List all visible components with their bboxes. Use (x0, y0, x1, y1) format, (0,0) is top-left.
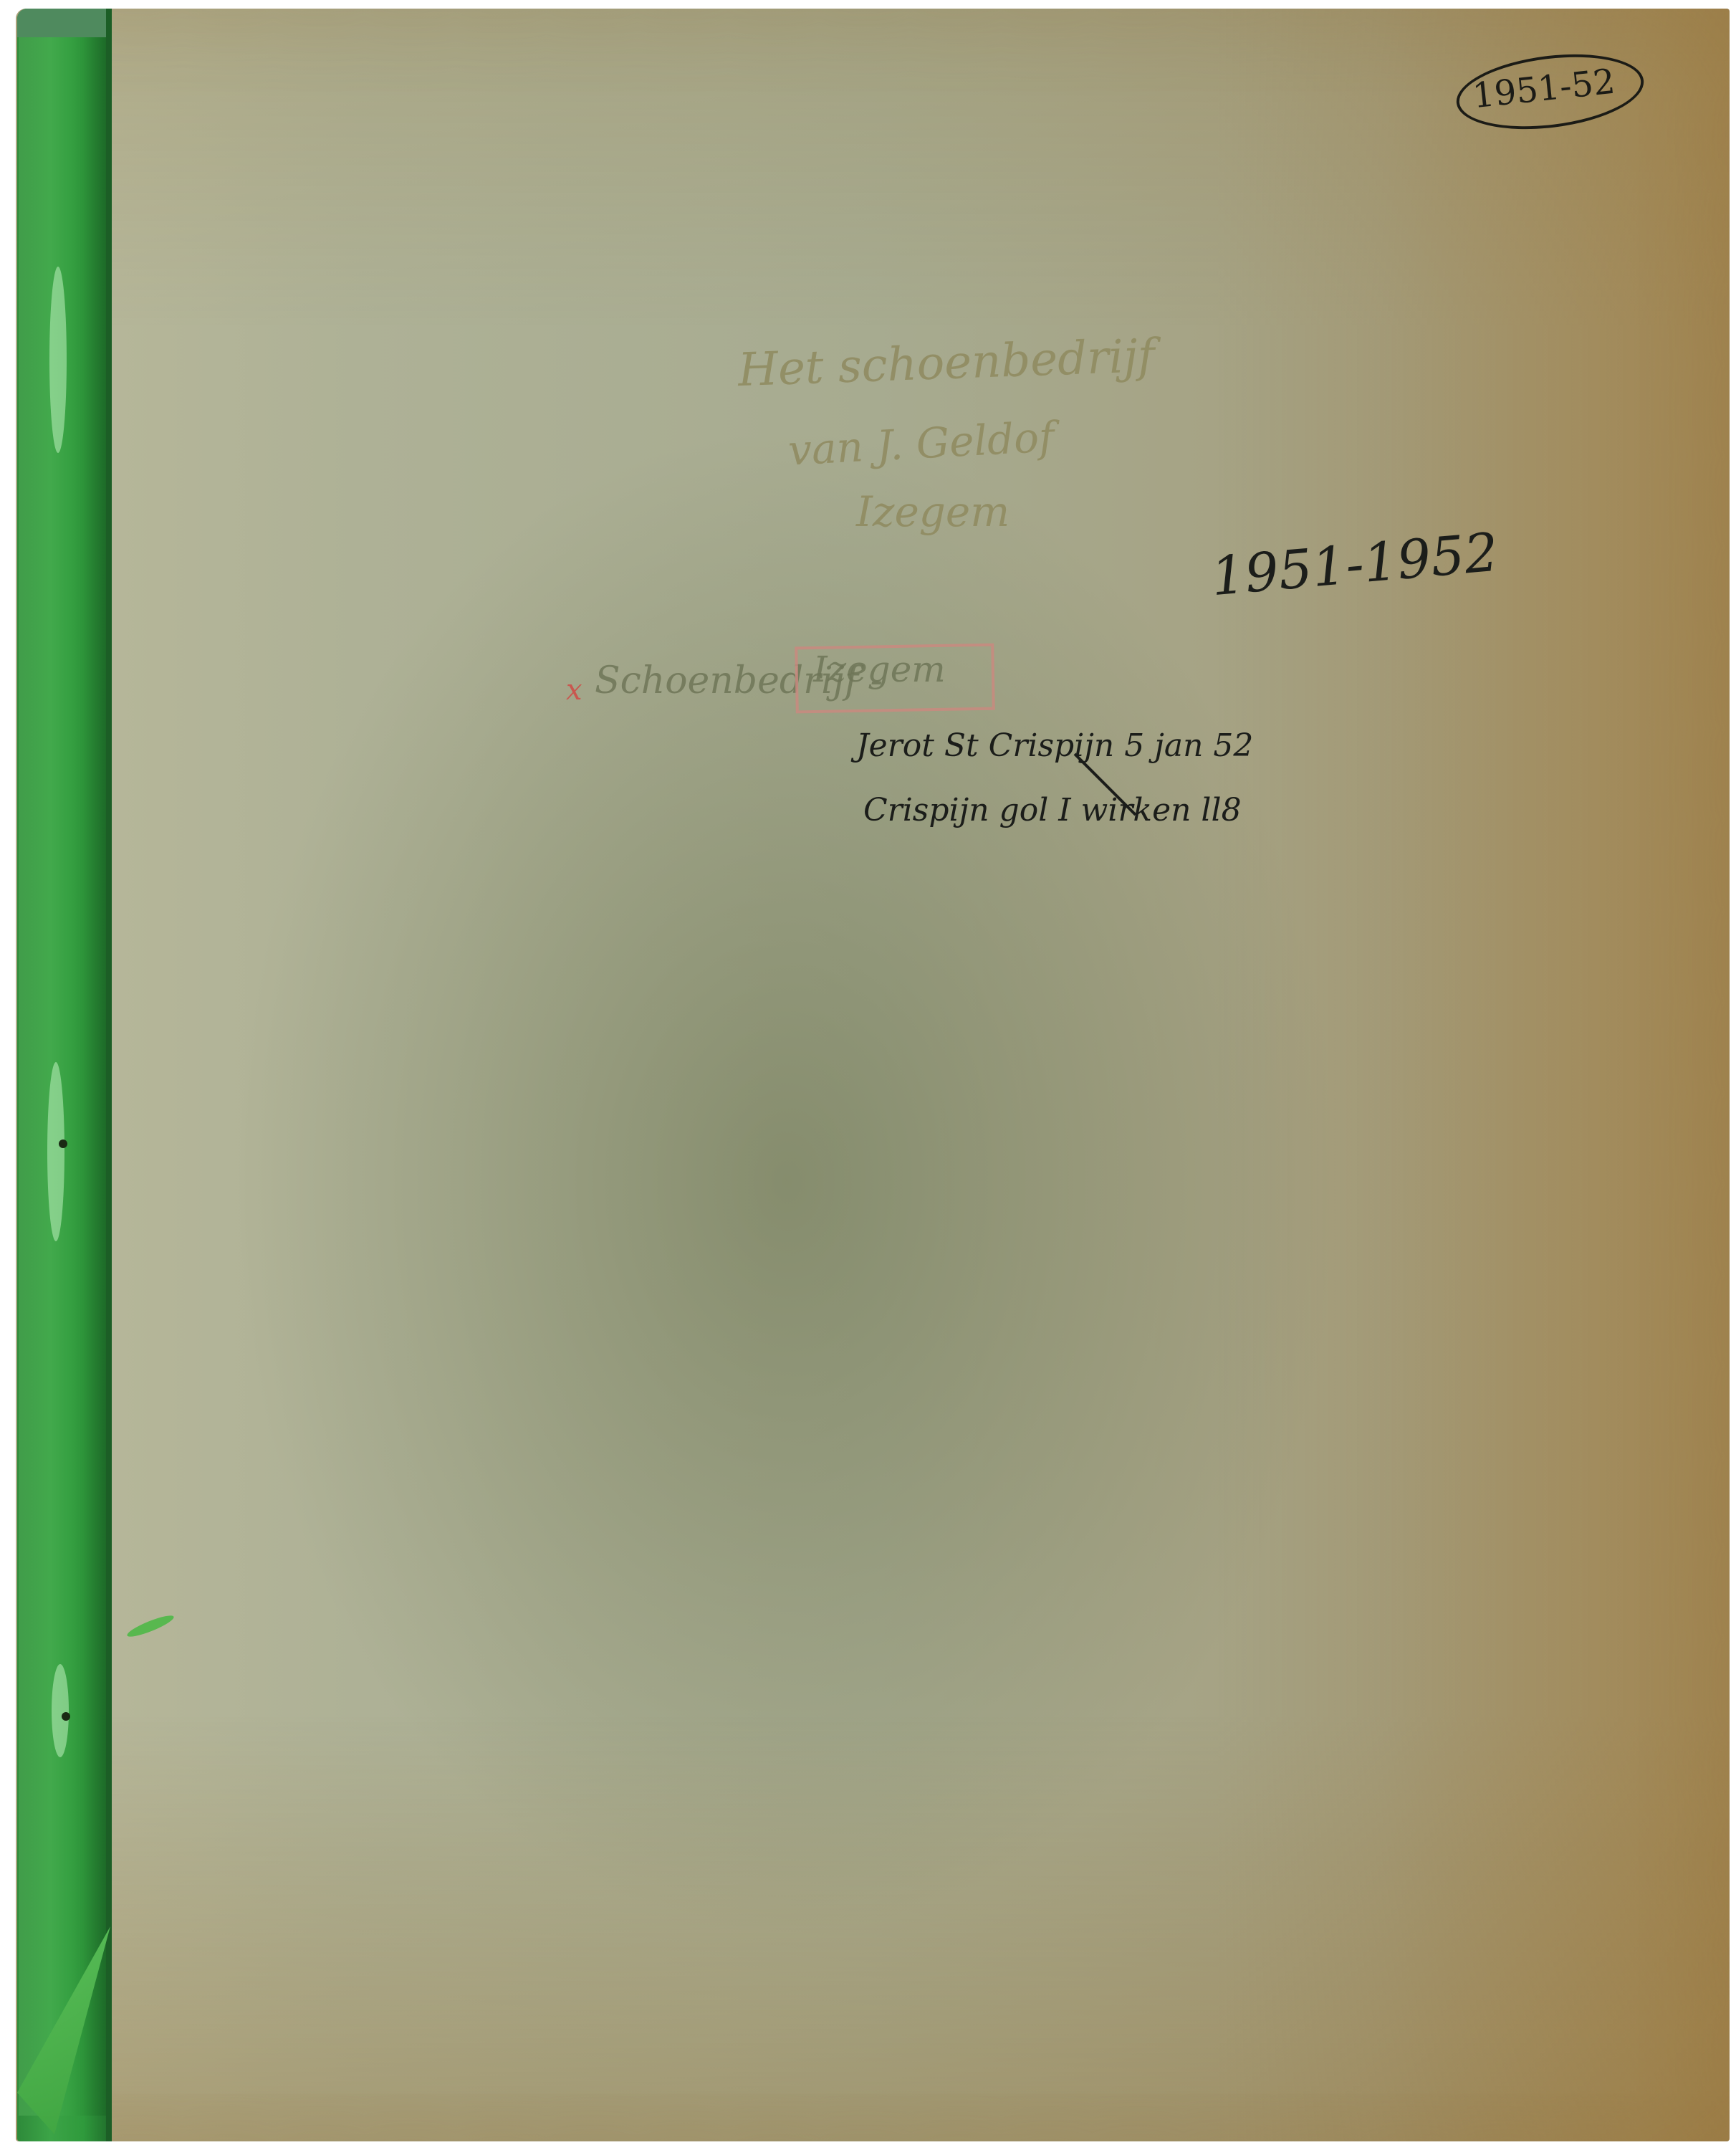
staple-hole-icon (62, 1712, 70, 1721)
title-line-3: Izegem (856, 487, 1010, 536)
tape-sheen (49, 267, 67, 453)
red-x-marker: x (566, 674, 582, 707)
staple-hole-icon (59, 1139, 67, 1148)
green-spine-binding (17, 9, 112, 2141)
notes-line-3: Crispijn gol I wirken ll8 (863, 792, 1242, 828)
tape-sheen (47, 1062, 64, 1241)
paper-aging-tone (16, 9, 1730, 2141)
folder-cover (16, 9, 1730, 2141)
spine-top-cap (17, 9, 112, 37)
spine-edge (106, 9, 112, 2141)
notes-line-2: Jerot St Crispijn 5 jan 52 (856, 727, 1253, 764)
tape-sheen (52, 1664, 69, 1757)
boxed-word: Izegem (813, 649, 946, 690)
